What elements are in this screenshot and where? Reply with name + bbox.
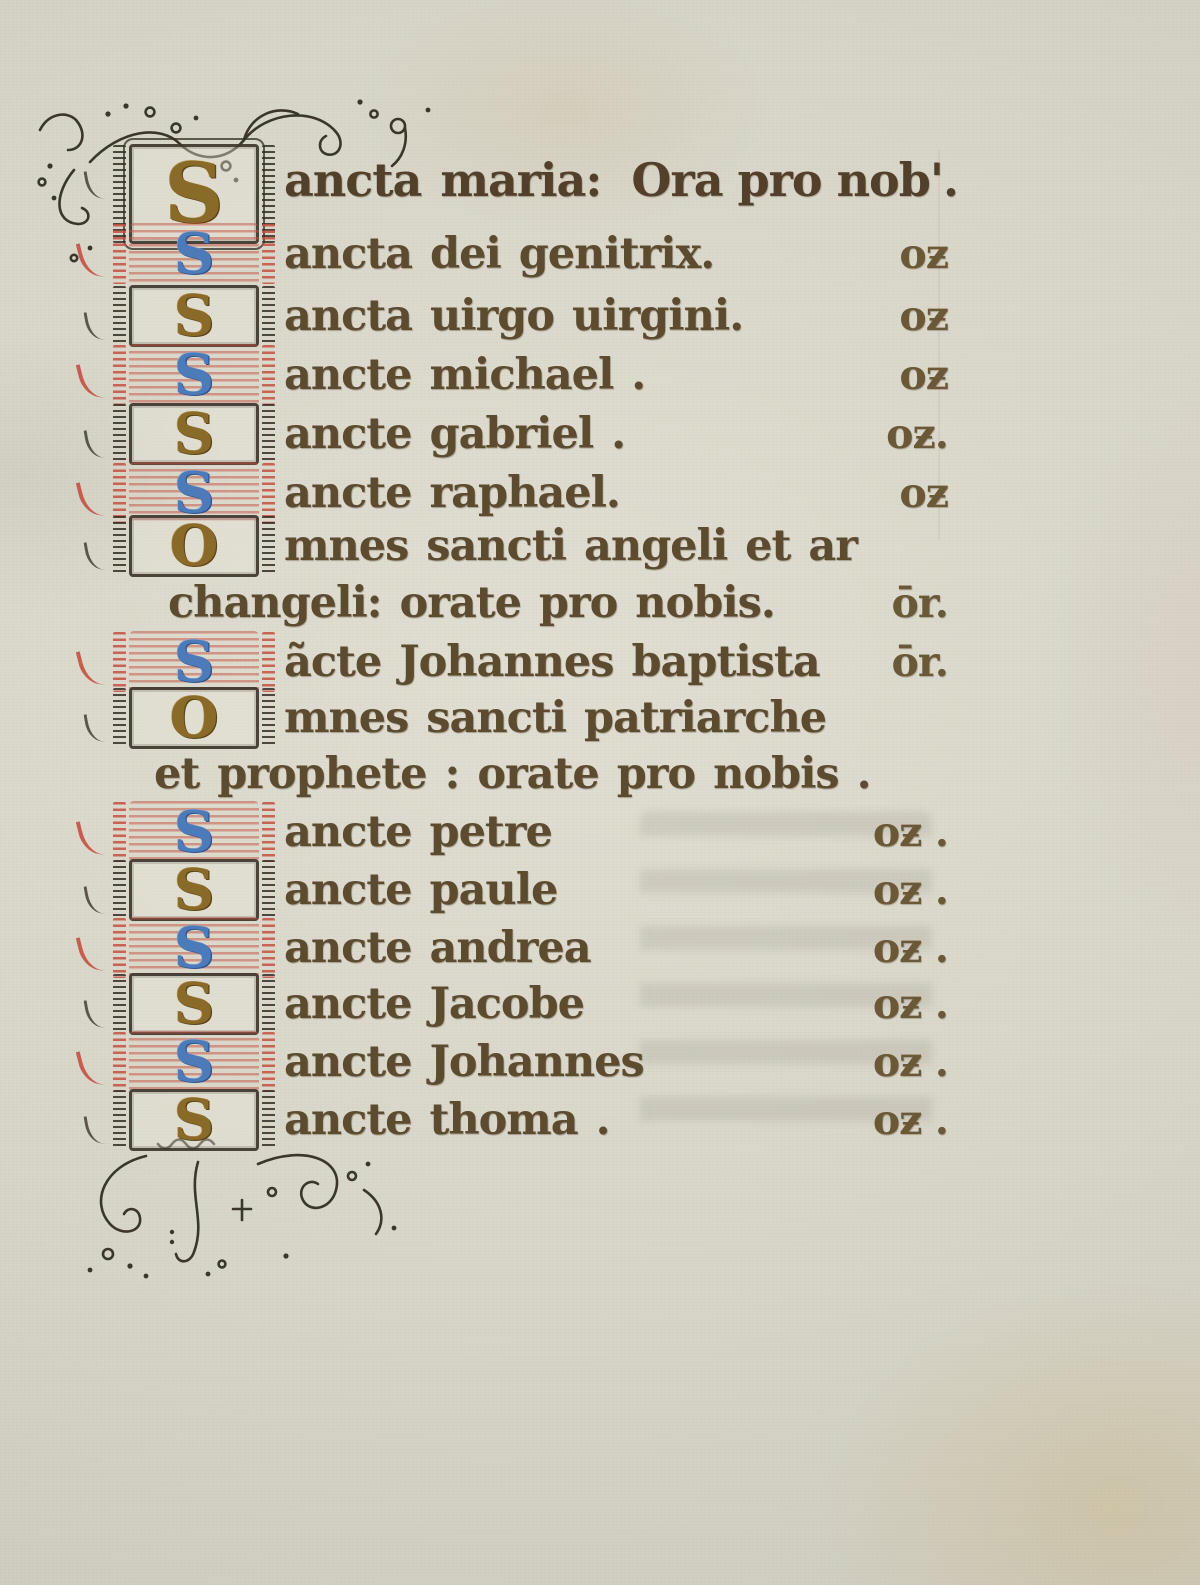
- penwork-flank: [113, 802, 126, 862]
- penwork-flank: [262, 974, 275, 1034]
- penwork-flank: [113, 688, 126, 748]
- litany-text: ancte michael .: [284, 350, 645, 400]
- litany-line: Sancta uirgo uirgini.oƶ: [110, 286, 962, 346]
- litany-text: ancte raphael.: [284, 468, 620, 518]
- litany-line: Sancta maria:Ora pro nob'.: [110, 150, 962, 210]
- illuminated-initial-blue: S: [110, 223, 278, 285]
- penwork-flank: [262, 286, 275, 346]
- initial-letter: S: [174, 920, 214, 976]
- initial-letterbox: S: [129, 801, 259, 863]
- initial-letterbox: S: [129, 403, 259, 465]
- pen-flourish-bottom: [46, 1136, 446, 1296]
- litany-text: ancte andrea: [284, 923, 591, 973]
- initial-letter: S: [174, 976, 214, 1032]
- penwork-flank: [262, 345, 275, 405]
- illuminated-initial-blue: S: [110, 1031, 278, 1093]
- litany-response: oƶ .: [873, 808, 948, 856]
- litany-text: mnes sancti angeli et ar: [284, 521, 857, 571]
- penwork-flank: [113, 1090, 126, 1150]
- litany-line: Sancte Johannesoƶ .: [110, 1032, 962, 1092]
- litany-text: mnes sancti patriarche: [284, 693, 826, 743]
- initial-letterbox: O: [129, 687, 259, 749]
- initial-letterbox: S: [129, 223, 259, 285]
- litany-line: Sãcte Johannes baptistaōr.: [110, 632, 962, 692]
- penwork-flank: [113, 860, 126, 920]
- penwork-flank: [262, 860, 275, 920]
- penwork-flank: [113, 516, 126, 576]
- litany-text: ancte petre: [284, 807, 552, 857]
- initial-letterbox: S: [129, 344, 259, 406]
- initial-letter: S: [174, 288, 214, 344]
- penwork-flank: [113, 918, 126, 978]
- litany-line: Sancte petreoƶ .: [110, 802, 962, 862]
- litany-line: changeli: orate pro nobis.ōr.: [110, 573, 962, 633]
- illuminated-initial-blue: S: [110, 631, 278, 693]
- initial-letterbox: S: [129, 917, 259, 979]
- penwork-flank: [262, 224, 275, 284]
- litany-response: oƶ .: [873, 924, 948, 972]
- illuminated-initial-gold: S: [110, 859, 278, 921]
- litany-response: oƶ.: [886, 410, 948, 458]
- litany-text: ancta dei genitrix.: [284, 229, 714, 279]
- litany-text: ancte gabriel .: [284, 409, 625, 459]
- initial-letterbox: O: [129, 515, 259, 577]
- litany-text: changeli: orate pro nobis.: [168, 578, 775, 628]
- initial-letterbox: S: [129, 1089, 259, 1151]
- litany-response: oƶ .: [873, 866, 948, 914]
- litany-text: et prophete : orate pro nobis .: [154, 749, 871, 799]
- litany-text: ãcte Johannes baptista: [284, 637, 820, 687]
- litany-response: ōr.: [892, 638, 948, 686]
- penwork-flank: [113, 224, 126, 284]
- initial-letterbox: S: [129, 859, 259, 921]
- initial-letter: S: [174, 634, 214, 690]
- penwork-flank: [262, 918, 275, 978]
- penwork-flank: [262, 632, 275, 692]
- illuminated-initial-gold: O: [110, 687, 278, 749]
- initial-letter: S: [174, 406, 214, 462]
- litany-response: oƶ .: [873, 1096, 948, 1144]
- penwork-flank: [113, 286, 126, 346]
- litany-line: Sancte gabriel .oƶ.: [110, 404, 962, 464]
- litany-line: Sancte michael .oƶ: [110, 345, 962, 405]
- illuminated-initial-blue: S: [110, 344, 278, 406]
- litany-response: oƶ .: [873, 980, 948, 1028]
- litany-line: Sancte raphael.oƶ: [110, 463, 962, 523]
- initial-letter: O: [170, 518, 219, 574]
- litany-response: Ora pro nob'.: [631, 153, 958, 207]
- litany-response: ōr.: [892, 579, 948, 627]
- initial-letter: S: [174, 862, 214, 918]
- initial-letter: S: [174, 226, 214, 282]
- initial-letter: S: [174, 1092, 214, 1148]
- penwork-flank: [262, 1090, 275, 1150]
- litany-line: Sancte andreaoƶ .: [110, 918, 962, 978]
- initial-letterbox: S: [129, 973, 259, 1035]
- litany-text: ancta maria:: [284, 153, 601, 207]
- litany-line: Sancte Jacobeoƶ .: [110, 974, 962, 1034]
- penwork-flank: [113, 1032, 126, 1092]
- penwork-flank: [262, 404, 275, 464]
- litany-text: ancte paule: [284, 865, 557, 915]
- penwork-flank: [262, 1032, 275, 1092]
- litany-response: oƶ: [899, 351, 948, 399]
- initial-letterbox: S: [129, 631, 259, 693]
- penwork-flank: [262, 463, 275, 523]
- initial-letter: S: [174, 804, 214, 860]
- litany-response: oƶ: [899, 230, 948, 278]
- penwork-flank: [262, 516, 275, 576]
- initial-letter: O: [170, 690, 219, 746]
- manuscript-page: { "document": { "kind": "Illuminated man…: [0, 0, 1200, 1585]
- illuminated-initial-gold: S: [110, 403, 278, 465]
- litany-line: et prophete : orate pro nobis .: [110, 744, 962, 804]
- initial-letter: S: [174, 1034, 214, 1090]
- initial-letter: S: [174, 347, 214, 403]
- penwork-flank: [262, 688, 275, 748]
- penwork-flank: [113, 632, 126, 692]
- illuminated-initial-gold: S: [110, 285, 278, 347]
- litany-line: Sancta dei genitrix.oƶ: [110, 224, 962, 284]
- penwork-flank: [113, 345, 126, 405]
- penwork-flank: [113, 463, 126, 523]
- litany-text: ancte thoma .: [284, 1095, 610, 1145]
- litany-line: Omnes sancti patriarche: [110, 688, 962, 748]
- penwork-flank: [262, 802, 275, 862]
- litany-line: Omnes sancti angeli et ar: [110, 516, 962, 576]
- litany-line: Sancte thoma .oƶ .: [110, 1090, 962, 1150]
- penwork-flank: [113, 974, 126, 1034]
- illuminated-initial-blue: S: [110, 917, 278, 979]
- litany-text: ancta uirgo uirgini.: [284, 291, 743, 341]
- penwork-flank: [113, 404, 126, 464]
- illuminated-initial-gold: O: [110, 515, 278, 577]
- litany-response: oƶ .: [873, 1038, 948, 1086]
- illuminated-initial-gold: S: [110, 973, 278, 1035]
- litany-response: oƶ: [899, 292, 948, 340]
- initial-letterbox: S: [129, 1031, 259, 1093]
- initial-letterbox: S: [129, 285, 259, 347]
- litany-line: Sancte pauleoƶ .: [110, 860, 962, 920]
- litany-text: ancte Johannes: [284, 1037, 644, 1087]
- illuminated-initial-gold: S: [110, 1089, 278, 1151]
- illuminated-initial-blue: S: [110, 801, 278, 863]
- litany-response: oƶ: [899, 469, 948, 517]
- litany-text: ancte Jacobe: [284, 979, 584, 1029]
